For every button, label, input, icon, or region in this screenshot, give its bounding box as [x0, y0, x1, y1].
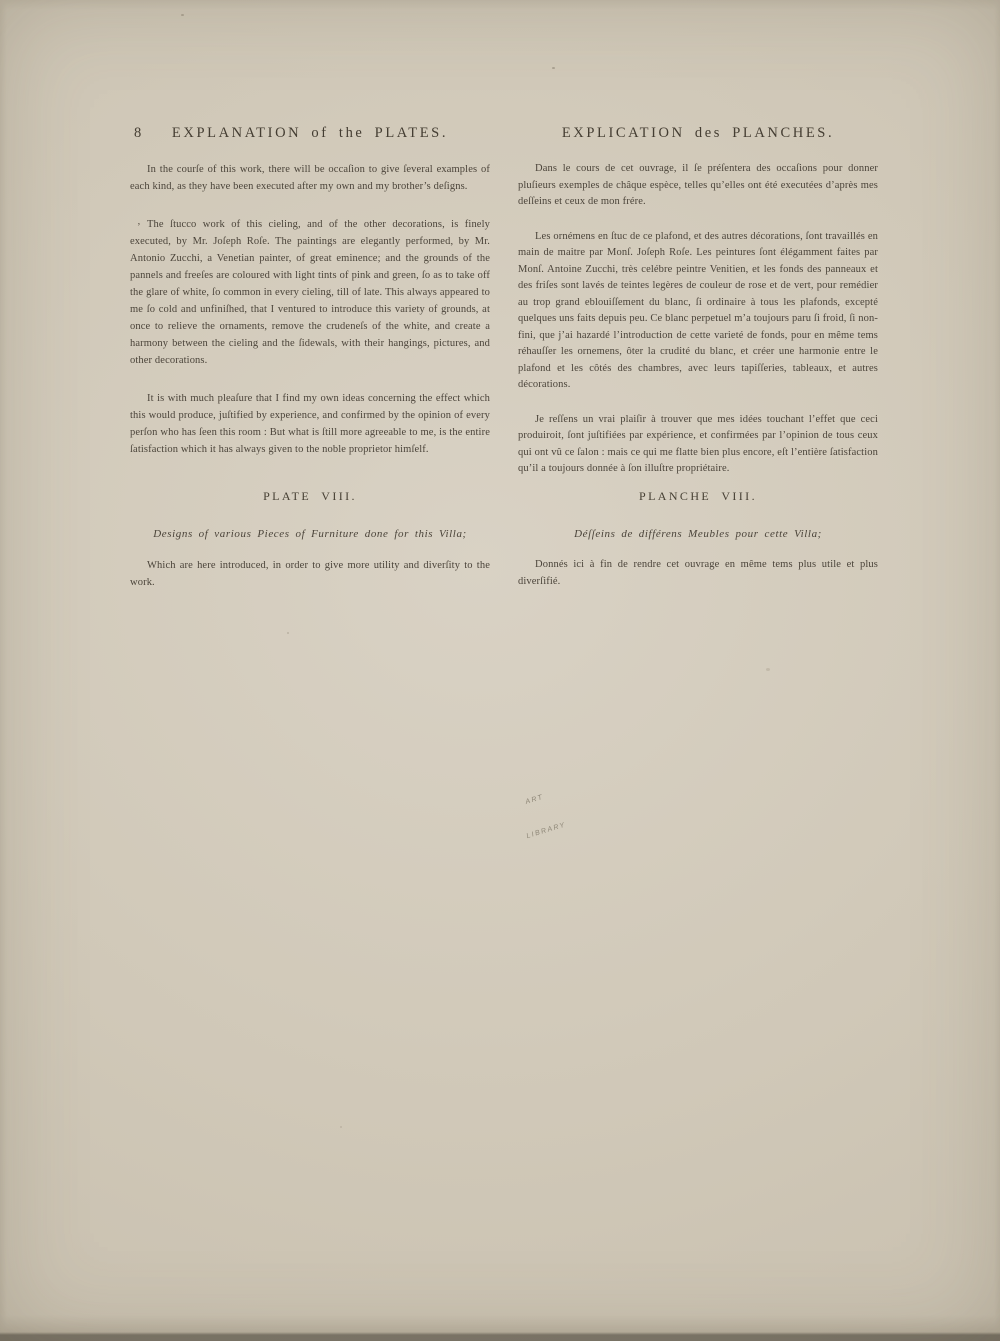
paper-speck	[766, 668, 770, 671]
stray-ink-mark: ’	[137, 221, 141, 233]
paper-speck	[340, 1126, 342, 1128]
english-paragraph-2: The ſtucco work of this cieling, and of …	[130, 216, 490, 369]
main-text-area: EXPLANATION of the PLATES. In the courſe…	[130, 124, 878, 496]
library-stamp-line1: ART	[524, 788, 558, 808]
english-paragraph-3: It is with much pleaſure that I find my …	[130, 390, 490, 458]
french-paragraph-2: Les ornémens en ſtuc de ce plafond, et d…	[518, 229, 878, 394]
english-plate-subtitle: Designs of various Pieces of Furniture d…	[130, 527, 490, 541]
french-paragraph-1: Dans le cours de cet ouvrage, il ſe préſ…	[518, 161, 878, 211]
english-plate-column: PLATE VIII. Designs of various Pieces of…	[130, 489, 490, 608]
english-paragraph-1: In the courſe of this work, there will b…	[130, 161, 490, 195]
french-column: EXPLICATION des PLANCHES. Dans le cours …	[518, 124, 878, 496]
library-stamp: ART LIBRARY	[509, 767, 574, 863]
paper-speck	[552, 67, 555, 69]
french-plate-column: PLANCHE VIII. Déſſeins de différens Meub…	[518, 489, 878, 608]
french-plate-subtitle: Déſſeins de différens Meubles pour cette…	[518, 527, 878, 541]
paper-speck	[287, 632, 289, 634]
paper-speck	[181, 14, 184, 16]
french-plate-heading: PLANCHE VIII.	[518, 489, 878, 503]
english-plate-paragraph: Which are here introduced, in order to g…	[130, 557, 490, 591]
french-plate-paragraph: Donnés ici à fin de rendre cet ouvrage e…	[518, 557, 878, 590]
english-plate-heading: PLATE VIII.	[130, 489, 490, 503]
scanned-page: 8 EXPLANATION of the PLATES. In the cour…	[0, 0, 1000, 1341]
library-stamp-line2: LIBRARY	[525, 820, 567, 842]
english-column: EXPLANATION of the PLATES. In the courſe…	[130, 124, 490, 496]
english-heading: EXPLANATION of the PLATES.	[130, 124, 490, 142]
french-heading: EXPLICATION des PLANCHES.	[518, 124, 878, 142]
plate-section: PLATE VIII. Designs of various Pieces of…	[130, 489, 878, 608]
french-paragraph-3: Je reſſens un vrai plaiſir à trouver que…	[518, 412, 878, 478]
